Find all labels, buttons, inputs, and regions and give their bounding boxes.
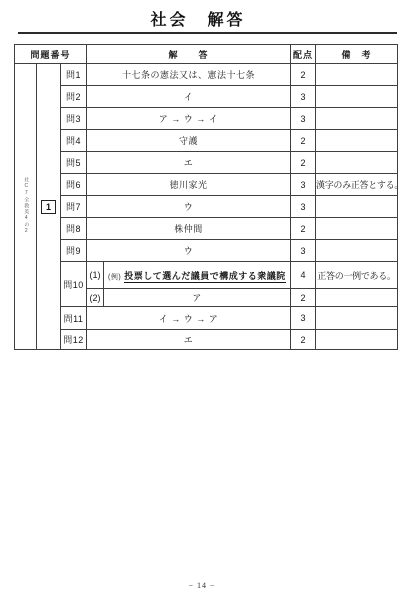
table-header-row: 問題番号 解 答 配点 備 考 <box>15 45 398 64</box>
side-code-text: 社C7全教英4の2 <box>23 177 29 235</box>
table-row: 問3 ア → ウ → イ 3 <box>15 108 398 130</box>
points-cell: 2 <box>291 130 316 152</box>
question-label: 問4 <box>61 130 87 152</box>
answer-cell: 株仲間 <box>87 218 291 240</box>
page-number: − 14 − <box>0 581 404 590</box>
question-label: 問6 <box>61 174 87 196</box>
remarks-cell <box>316 196 398 218</box>
example-prefix: (例) <box>108 274 121 281</box>
remarks-cell <box>316 289 398 307</box>
remarks-cell <box>316 240 398 262</box>
answer-sheet-page: 社会 解答 問題番号 解 答 配点 備 考 社C7全教英4の2 1 問1 十七条… <box>0 0 404 600</box>
answer-cell: エ <box>87 330 291 350</box>
table-row: 問5 エ 2 <box>15 152 398 174</box>
points-cell: 2 <box>291 289 316 307</box>
table-row: 問10 (1) (例) 投票して選んだ議員で構成する衆議院 4 正答の一例である… <box>15 262 398 289</box>
remarks-cell <box>316 307 398 330</box>
table-row: 問12 エ 2 <box>15 330 398 350</box>
answer-cell: 守護 <box>87 130 291 152</box>
section-number-cell: 1 <box>37 64 61 350</box>
table-row: 問2 イ 3 <box>15 86 398 108</box>
remarks-cell: 漢字のみ正答とする。 <box>316 174 398 196</box>
remarks-cell: 正答の一例である。 <box>316 262 398 289</box>
remarks-cell <box>316 152 398 174</box>
table-row: 問7 ウ 3 <box>15 196 398 218</box>
question-label: 問3 <box>61 108 87 130</box>
answer-cell: エ <box>87 152 291 174</box>
points-cell: 3 <box>291 196 316 218</box>
question-label: 問12 <box>61 330 87 350</box>
remarks-cell <box>316 130 398 152</box>
header-question-number: 問題番号 <box>15 45 87 64</box>
sub-question-number: (2) <box>87 289 104 307</box>
header-answer: 解 答 <box>87 45 291 64</box>
answer-cell: ア → ウ → イ <box>87 108 291 130</box>
answer-cell: イ → ウ → ア <box>87 307 291 330</box>
question-label: 問10 <box>61 262 87 307</box>
answer-cell: (例) 投票して選んだ議員で構成する衆議院 <box>104 262 291 289</box>
question-label: 問2 <box>61 86 87 108</box>
remarks-cell <box>316 64 398 86</box>
remarks-cell <box>316 108 398 130</box>
table-row: 問9 ウ 3 <box>15 240 398 262</box>
answer-cell: ウ <box>87 240 291 262</box>
question-label: 問5 <box>61 152 87 174</box>
sub-question-number: (1) <box>87 262 104 289</box>
table-row: 社C7全教英4の2 1 問1 十七条の憲法又は、憲法十七条 2 <box>15 64 398 86</box>
question-label: 問8 <box>61 218 87 240</box>
title-divider <box>18 32 397 34</box>
answer-cell: イ <box>87 86 291 108</box>
points-cell: 4 <box>291 262 316 289</box>
answer-cell: 徳川家光 <box>87 174 291 196</box>
header-remarks: 備 考 <box>316 45 398 64</box>
table-row: 問11 イ → ウ → ア 3 <box>15 307 398 330</box>
underlined-answer: 投票して選んだ議員で構成する衆議院 <box>124 271 286 283</box>
answer-cell: 十七条の憲法又は、憲法十七条 <box>87 64 291 86</box>
section-number-box: 1 <box>41 200 56 214</box>
points-cell: 3 <box>291 174 316 196</box>
answer-table: 問題番号 解 答 配点 備 考 社C7全教英4の2 1 問1 十七条の憲法又は、… <box>14 44 398 350</box>
question-label: 問1 <box>61 64 87 86</box>
question-label: 問11 <box>61 307 87 330</box>
side-code-cell: 社C7全教英4の2 <box>15 64 37 350</box>
answer-cell: ア <box>104 289 291 307</box>
points-cell: 2 <box>291 330 316 350</box>
table-row: 問8 株仲間 2 <box>15 218 398 240</box>
points-cell: 3 <box>291 240 316 262</box>
question-label: 問9 <box>61 240 87 262</box>
points-cell: 2 <box>291 64 316 86</box>
question-label: 問7 <box>61 196 87 218</box>
remarks-cell <box>316 218 398 240</box>
remarks-cell <box>316 330 398 350</box>
points-cell: 3 <box>291 108 316 130</box>
table-row: 問4 守護 2 <box>15 130 398 152</box>
answer-cell: ウ <box>87 196 291 218</box>
page-title: 社会 解答 <box>0 7 396 30</box>
points-cell: 2 <box>291 218 316 240</box>
table-row: 問6 徳川家光 3 漢字のみ正答とする。 <box>15 174 398 196</box>
points-cell: 3 <box>291 86 316 108</box>
remarks-cell <box>316 86 398 108</box>
points-cell: 2 <box>291 152 316 174</box>
points-cell: 3 <box>291 307 316 330</box>
header-points: 配点 <box>291 45 316 64</box>
